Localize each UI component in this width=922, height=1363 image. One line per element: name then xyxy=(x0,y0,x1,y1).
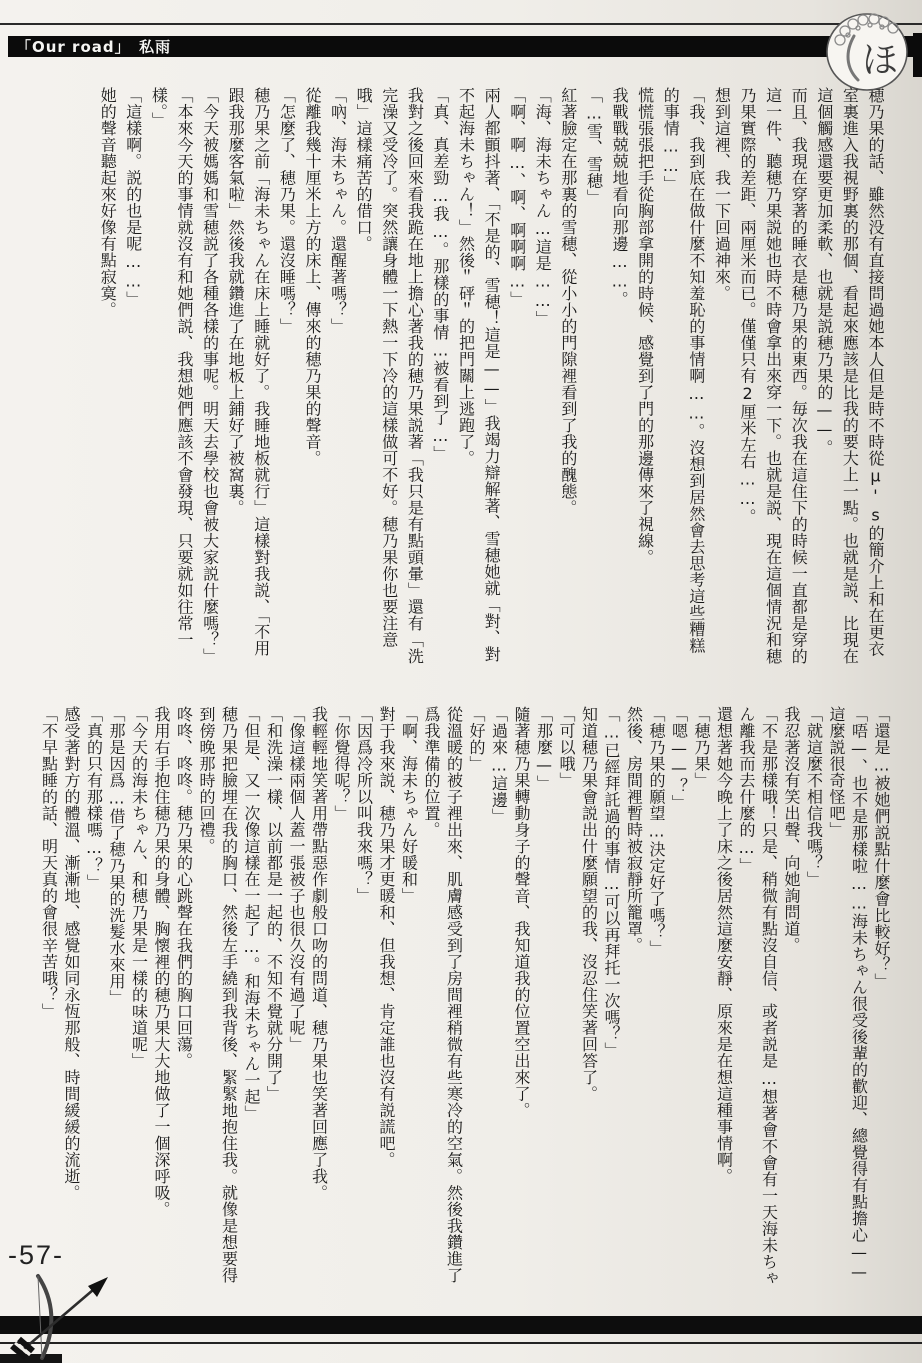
paragraph: 「真的只有那樣嗎…？」 xyxy=(82,706,105,1298)
paragraph: 我用右手抱住穂乃果的身體、胸懷裡的穂乃果大大地做了一個深呼吸。 xyxy=(150,706,173,1298)
paragraph: 我忍著沒有笑出聲、向她詢問道。 xyxy=(780,706,803,1298)
paragraph: 紅著臉定在那裏的雪穂、從小小的門隙裡看到了我的醜態。 xyxy=(555,87,581,665)
paragraph: 感受著對方的體溫、漸漸地、感覺如同永恆那般、時間緩緩的流逝。 xyxy=(60,706,83,1298)
paragraph: 然後、房間裡暫時被寂靜所籠罩。 xyxy=(622,706,645,1298)
paragraph: 「今天的海未ちゃん、和穂乃果是一樣的味道呢」 xyxy=(127,706,150,1298)
paragraph: 穂乃果之前「海未ちゃん在床上睡就好了。我睡地板就行」這樣對我説、「不用跟我那麼客… xyxy=(223,87,274,665)
paragraph: 兩人都顫抖著、「不是的、雪穂！這是——」我竭力辯解著、雪穂她就「對、對不起海未ち… xyxy=(453,87,504,665)
paragraph: 「不是那樣哦！只是、稍微有點沒自信、或者説是…想著會不會有一天海未ちゃん離我而去… xyxy=(735,706,780,1298)
paragraph: 從離我幾十厘米上方的床上、傳來的穂乃果的聲音。 xyxy=(299,87,325,665)
paragraph: 「這樣啊。説的也是呢……」 xyxy=(120,87,146,665)
paragraph: 「不早點睡的話、明天真的會很辛苦哦？」 xyxy=(37,706,60,1298)
paragraph: 「怎麼了、穂乃果。還沒睡嗎？」 xyxy=(274,87,300,665)
paragraph: 「嗯——？」 xyxy=(667,706,690,1298)
paragraph: 咚咚、咚咚。穂乃果的心跳聲在我們的胸口回蕩。 xyxy=(172,706,195,1298)
paragraph: 「那是因爲…借了穂乃果的洗髮水來用」 xyxy=(105,706,128,1298)
paragraph: 「可以哦」 xyxy=(555,706,578,1298)
paragraph: 對于我來説、穂乃果才更暖和、但我想、肯定誰也沒有説謊吧。 xyxy=(375,706,398,1298)
paragraph: 而且、我現在穿著的睡衣是穂乃果的東西。毎次我在這住下的時候一直都是穿的這一件、聽… xyxy=(734,87,811,665)
page-edge-marker xyxy=(913,33,922,77)
paragraph: 隨著穂乃果轉動身子的聲音、我知道我的位置空出來了。 xyxy=(510,706,533,1298)
scanned-novel-page: 「Our road」 私雨 ほ 穂乃果的話、雖然没有直接問過她本人但是時不時從μ… xyxy=(0,0,922,1363)
paragraph: 「你覺得呢？」 xyxy=(330,706,353,1298)
header-bar: 「Our road」 私雨 xyxy=(8,36,922,57)
header-title: 「Our road」 私雨 xyxy=(8,36,171,57)
paragraph: 「我、我到底在做什麼不知羞恥的事情啊……。沒想到居然會去思考這些糟糕的事情……」 xyxy=(658,87,709,665)
paragraph: 知道穂乃果會説出什麼願望的我、沒忍住笑著回答了。 xyxy=(577,706,600,1298)
paragraph: 還想著她今晚上了床之後居然這麼安靜、原來是在想這種事情啊。 xyxy=(712,706,735,1298)
top-rule xyxy=(0,23,922,25)
paragraph: 穂乃果的話、雖然没有直接問過她本人但是時不時從μ's的簡介上和在更衣室裏進入我視… xyxy=(811,87,888,665)
paragraph: 我戰戰兢兢地看向那邊……。 xyxy=(606,87,632,665)
paragraph: 「那麼—」 xyxy=(532,706,555,1298)
paragraph: 我輕輕地笑著用帶點惡作劇般口吻的問道、穂乃果也笑著回應了我。 xyxy=(307,706,330,1298)
paragraph: 「啊、海未ちゃん好暖和」 xyxy=(397,706,420,1298)
paragraph: 我對之後回來看我跪在地上擔心著我的穂乃果説著「我只是有點頭暈」還有「洗完澡又受冷… xyxy=(351,87,428,665)
paragraph: 「過來…這邊」 xyxy=(487,706,510,1298)
paragraph: 「因爲冷所以叫我來嗎？」 xyxy=(352,706,375,1298)
ho-stamp-logo: ほ xyxy=(824,10,910,94)
paragraph: 「啊、啊…、啊、啊啊啊…」 xyxy=(504,87,530,665)
paragraph: 「…雪、雪穂」 xyxy=(581,87,607,665)
bottom-rule xyxy=(0,1342,922,1344)
paragraph: 想到這裡、我一下回過神來。 xyxy=(709,87,735,665)
paragraph: 從溫暖的被子裡出來、肌膚感受到了房間裡稍微有些寒冷的空氣。然後我鑽進了爲我準備的… xyxy=(420,706,465,1298)
bow-and-arrow-icon xyxy=(2,1266,134,1363)
paragraph: 「但是、又一次像這樣在一起了…。和海未ちゃん一起」 xyxy=(240,706,263,1298)
paragraph: 「本來今天的事情就沒有和她們説、我想她們應該不會發現、只要就如往常一樣。」 xyxy=(146,87,197,665)
stamp-character: ほ xyxy=(862,40,898,81)
bottom-text-block: 「還是…被她們説點什麼會比較好？」「唔—、也不是那樣啦……海未ちゃん很受後輩的歡… xyxy=(37,706,892,1298)
paragraph: 「就這麼不相信我嗎？」 xyxy=(802,706,825,1298)
paragraph: 「穂乃果的願望…決定好了嗎？」 xyxy=(645,706,668,1298)
bottom-black-bar xyxy=(0,1316,922,1334)
top-text-block: 穂乃果的話、雖然没有直接問過她本人但是時不時從μ's的簡介上和在更衣室裏進入我視… xyxy=(95,87,888,665)
paragraph: 「和洗澡一樣、以前都是一起的、不知不覺就分開了」 xyxy=(262,706,285,1298)
paragraph: 「好的」 xyxy=(465,706,488,1298)
paragraph: 「真、真差勁…我…。那樣的事情…被看到了…」 xyxy=(427,87,453,665)
paragraph: 「吶、海未ちゃん。還醒著嗎？」 xyxy=(325,87,351,665)
paragraph: 慌慌張張把手從胸部拿開的時候、感覺到了門的那邊傳來了視線。 xyxy=(632,87,658,665)
paragraph: 「還是…被她們説點什麼會比較好？」 xyxy=(870,706,893,1298)
paragraph: 「唔—、也不是那樣啦……海未ちゃん很受後輩的歡迎、總覺得有點擔心——這麼説很奇怪… xyxy=(825,706,870,1298)
paragraph: 「穂乃果」 xyxy=(690,706,713,1298)
paragraph: 「像這樣兩個人蓋一張被子也很久沒有過了呢」 xyxy=(285,706,308,1298)
paragraph: 「今天被媽媽和雪穂説了各種各樣的事呢。明天去學校也會被大家説什麼嗎？」 xyxy=(197,87,223,665)
paragraph: 穂乃果把臉埋在我的胸口、然後左手繞到我背後、緊緊地抱住我。就像是想要得到傍晚那時… xyxy=(195,706,240,1298)
paragraph: 「…已經拜託過的事情…可以再拜托一次嗎？」 xyxy=(600,706,623,1298)
paragraph: 她的聲音聽起來好像有點寂寞。 xyxy=(95,87,121,665)
paragraph: 「海、海未ちゃん…這是……」 xyxy=(530,87,556,665)
